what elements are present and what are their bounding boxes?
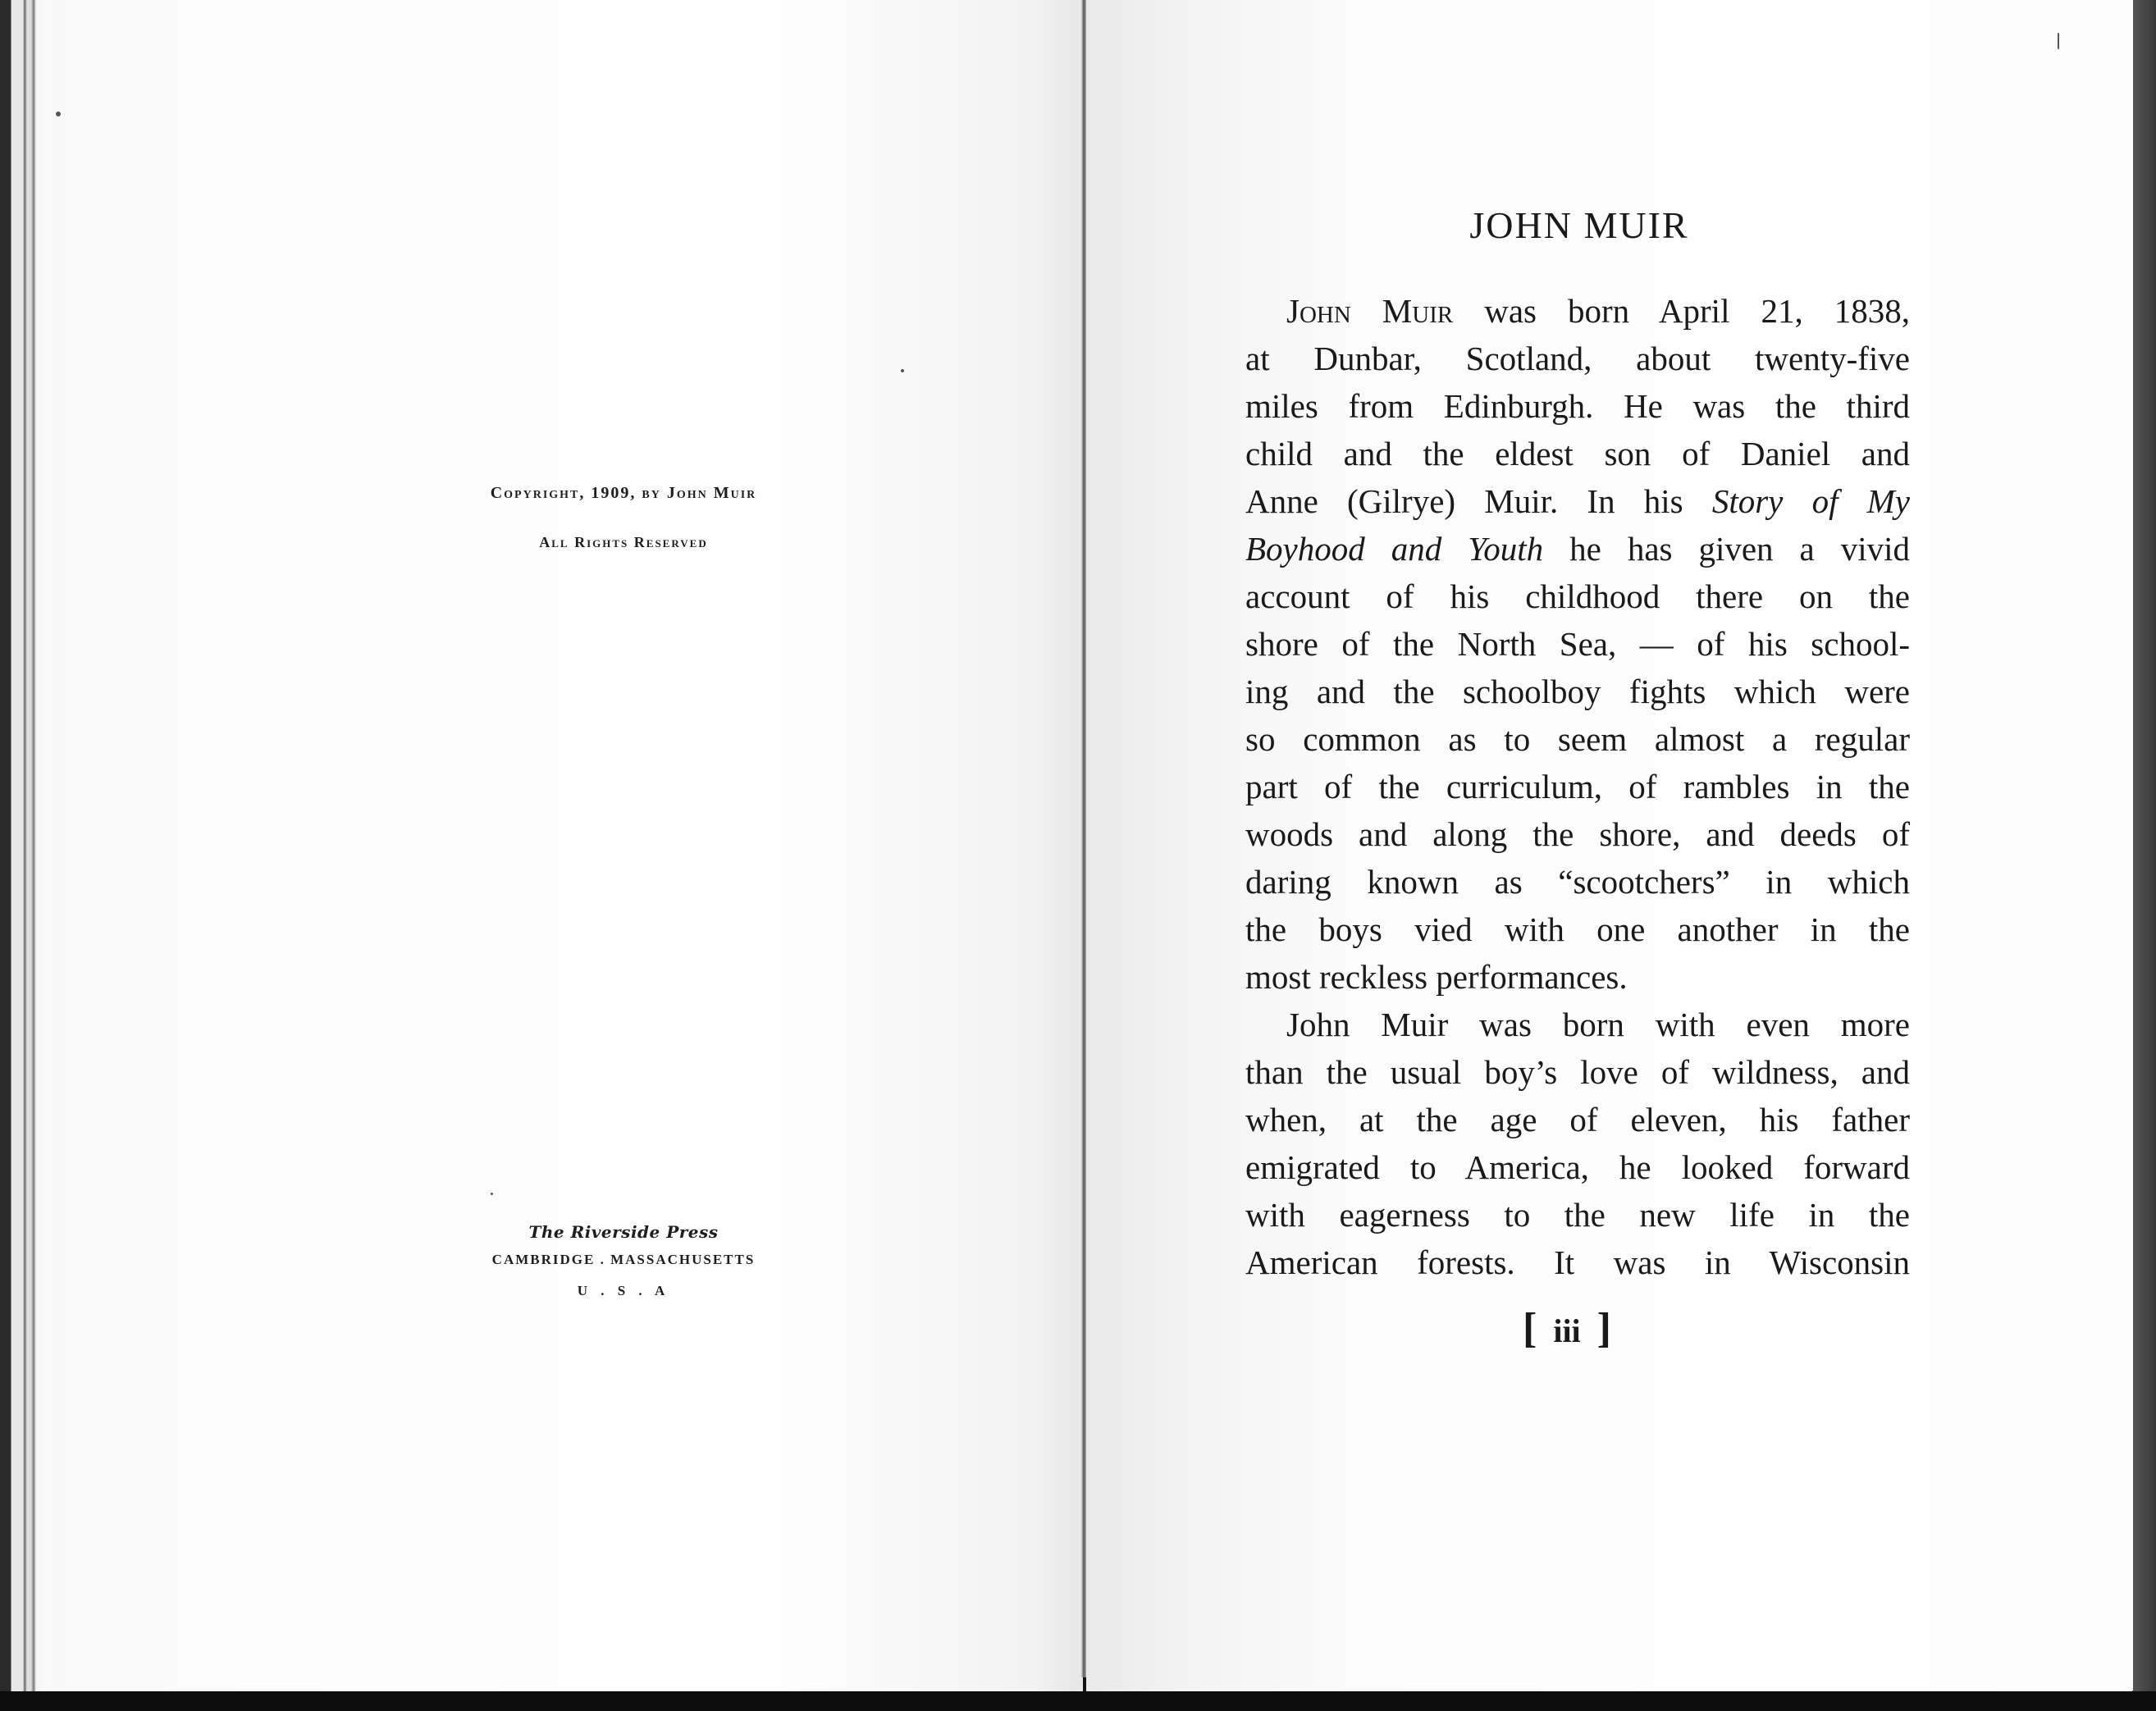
- text-line: at Dunbar, Scotland, about twenty-five: [1245, 335, 1910, 382]
- paper-speck: [56, 112, 61, 116]
- text-line: John Muir was born April 21, 1838,: [1245, 287, 1910, 335]
- book-title-italic: Story of My: [1712, 482, 1910, 520]
- press-country: U . S . A: [345, 1283, 902, 1299]
- line-text: Anne (Gilrye) Muir. In his: [1245, 482, 1712, 520]
- text-line: account of his childhood there on the: [1245, 573, 1910, 620]
- line-text: was born April 21, 1838,: [1453, 292, 1910, 330]
- text-line: than the usual boy’s love of wildness, a…: [1245, 1048, 1910, 1096]
- chapter-title: JOHN MUIR: [1247, 203, 1912, 247]
- publisher-imprint: The Riverside Press CAMBRIDGE . MASSACHU…: [345, 1222, 902, 1299]
- small-caps-lead: John Muir: [1286, 292, 1453, 330]
- text-line: when, at the age of eleven, his father: [1245, 1096, 1910, 1143]
- left-bracket: [: [1523, 1305, 1537, 1352]
- rights-reserved-line: All Rights Reserved: [345, 534, 902, 551]
- text-line: ing and the schoolboy fights which were: [1245, 668, 1910, 715]
- text-line: Boyhood and Youth he has given a vivid: [1245, 525, 1910, 573]
- text-line: woods and along the shore, and deeds of: [1245, 810, 1910, 858]
- text-line: emigrated to America, he looked forward: [1245, 1143, 1910, 1191]
- text-line: American forests. It was in Wisconsin: [1245, 1239, 1910, 1286]
- book-cover-edge: [2133, 0, 2156, 1711]
- text-line: miles from Edinburgh. He was the third: [1245, 382, 1910, 430]
- text-line: most reckless performances.: [1245, 953, 1910, 1001]
- paper-speck: [901, 369, 904, 372]
- text-line: so common as to seem almost a regular: [1245, 715, 1910, 763]
- book-spread: Copyright, 1909, by John Muir All Rights…: [0, 0, 2156, 1711]
- text-line: the boys vied with one another in the: [1245, 906, 1910, 953]
- book-page-edges: [0, 0, 49, 1691]
- page-number: [ iii ]: [1493, 1304, 1641, 1353]
- copyright-line: Copyright, 1909, by John Muir: [345, 484, 902, 503]
- left-page: [48, 0, 1083, 1691]
- text-line: part of the curriculum, of rambles in th…: [1245, 763, 1910, 810]
- text-line: with eagerness to the new life in the: [1245, 1191, 1910, 1239]
- paper-speck: [491, 1193, 493, 1195]
- line-text: he has given a vivid: [1543, 530, 1910, 568]
- press-city: CAMBRIDGE . MASSACHUSETTS: [345, 1252, 902, 1268]
- paper-speck: [2058, 33, 2059, 49]
- text-line: Anne (Gilrye) Muir. In his Story of My: [1245, 477, 1910, 525]
- copyright-notice: Copyright, 1909, by John Muir All Rights…: [345, 484, 902, 551]
- body-text: John Muir was born April 21, 1838, at Du…: [1245, 287, 1910, 1286]
- right-bracket: ]: [1597, 1305, 1611, 1352]
- text-line: child and the eldest son of Daniel and: [1245, 430, 1910, 477]
- press-name: The Riverside Press: [345, 1222, 902, 1242]
- text-line: John Muir was born with even more: [1245, 1001, 1910, 1048]
- page-number-value: iii: [1553, 1312, 1580, 1349]
- text-line: daring known as “scootchers” in which: [1245, 858, 1910, 906]
- book-title-italic: Boyhood and Youth: [1245, 530, 1543, 568]
- text-line: shore of the North Sea, — of his school-: [1245, 620, 1910, 668]
- scan-background: [0, 1691, 2156, 1711]
